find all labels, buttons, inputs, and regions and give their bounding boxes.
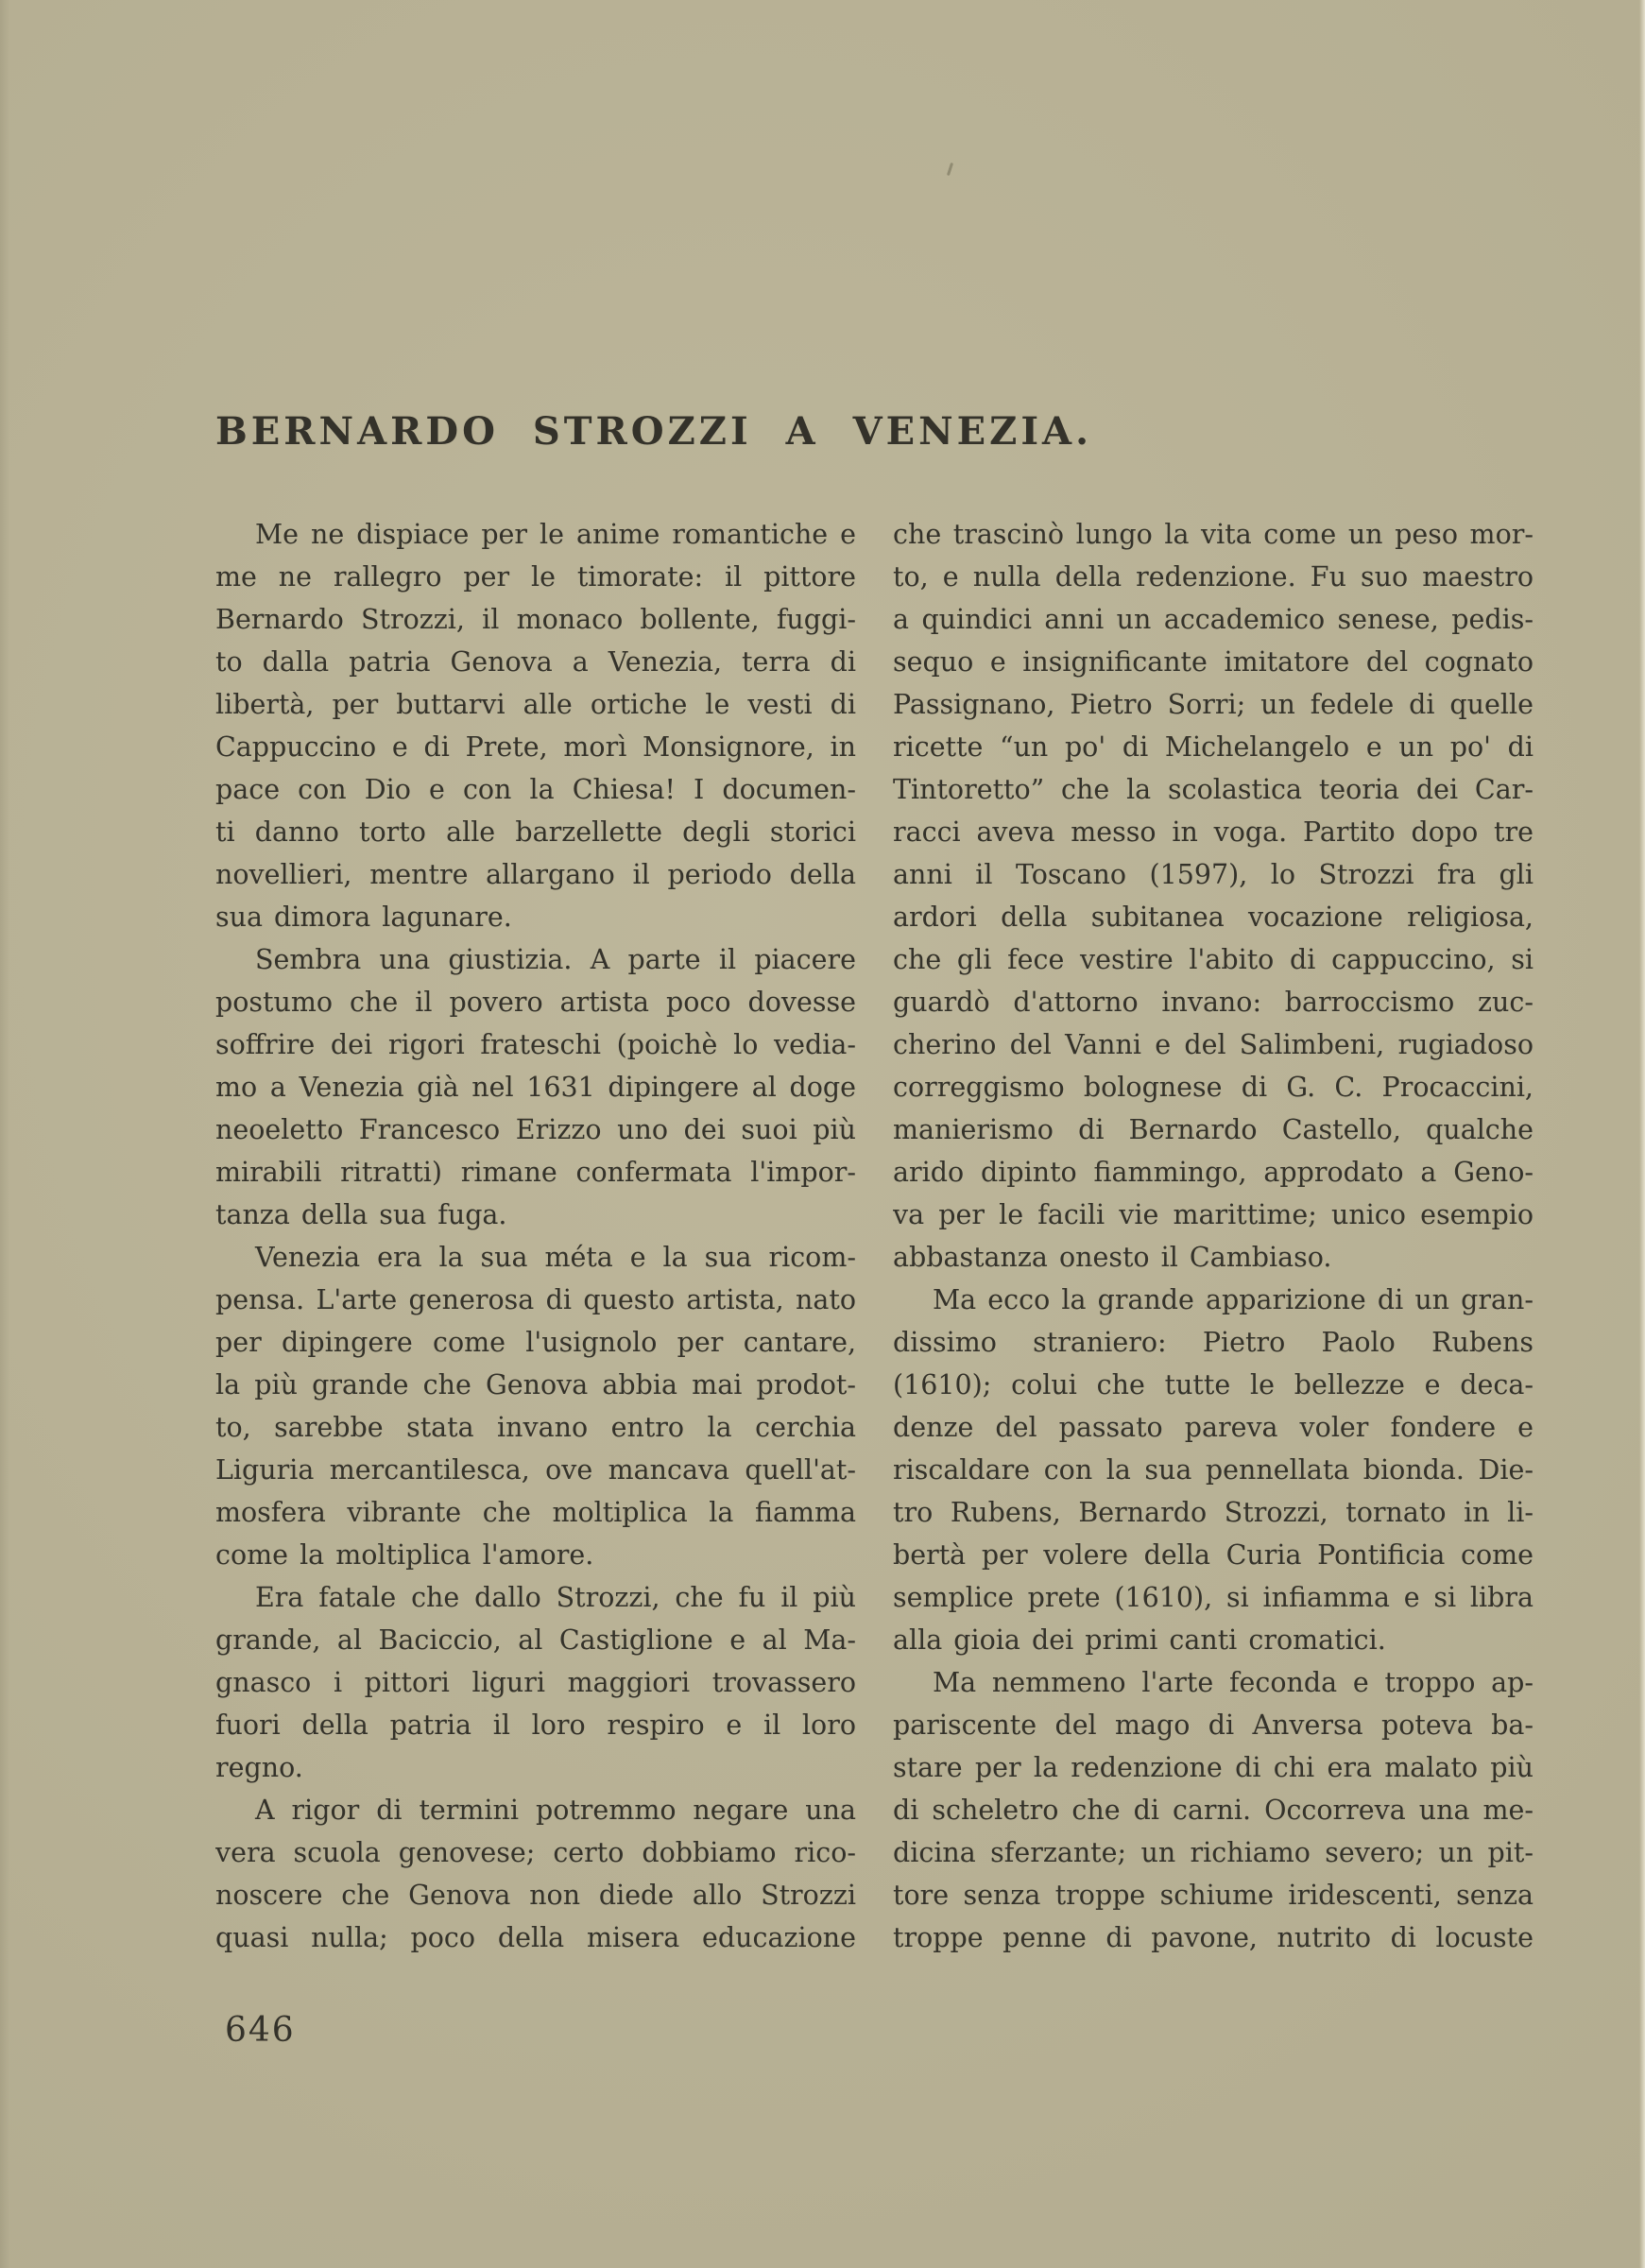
page-title: BERNARDO STROZZI A VENEZIA. bbox=[215, 409, 1092, 454]
text-line: vera scuola genovese; certo dobbiamo ric… bbox=[215, 1831, 856, 1874]
text-line: to, sarebbe stata invano entro la cerchi… bbox=[215, 1406, 856, 1449]
text-line: quasi nulla; poco della misera educazion… bbox=[215, 1916, 856, 1959]
text-line: Era fatale che dallo Strozzi, che fu il … bbox=[215, 1576, 856, 1619]
text-line: gnasco i pittori liguri maggiori trovass… bbox=[215, 1661, 856, 1704]
paragraph: Me ne dispiace per le anime romantiche e… bbox=[215, 513, 856, 938]
text-line: ti danno torto alle barzellette degli st… bbox=[215, 811, 856, 853]
text-line: Me ne dispiace per le anime romantiche e bbox=[215, 513, 856, 556]
paragraph: Sembra una giustizia. A parte il piacere… bbox=[215, 938, 856, 1236]
text-line: grande, al Baciccio, al Castiglione e al… bbox=[215, 1619, 856, 1661]
text-line: di scheletro che di carni. Occorreva una… bbox=[893, 1789, 1534, 1831]
text-line: stare per la redenzione di chi era malat… bbox=[893, 1746, 1534, 1789]
text-line: riscaldare con la sua pennellata bionda.… bbox=[893, 1449, 1534, 1491]
text-line: (1610); colui che tutte le bellezze e de… bbox=[893, 1364, 1534, 1406]
text-line: Liguria mercantilesca, ove mancava quell… bbox=[215, 1449, 856, 1491]
text-line: me ne rallegro per le timorate: il pitto… bbox=[215, 556, 856, 598]
text-line: arido dipinto fiammingo, approdato a Gen… bbox=[893, 1151, 1534, 1194]
text-line: regno. bbox=[215, 1746, 856, 1789]
page-number: 646 bbox=[225, 2011, 296, 2050]
text-line: tro Rubens, Bernardo Strozzi, tornato in… bbox=[893, 1491, 1534, 1534]
text-line: cherino del Vanni e del Salimbeni, rugia… bbox=[893, 1023, 1534, 1066]
text-line: mo a Venezia già nel 1631 dipingere al d… bbox=[215, 1066, 856, 1108]
text-line: tanza della sua fuga. bbox=[215, 1194, 856, 1236]
text-line: Cappuccino e di Prete, morì Monsignore, … bbox=[215, 726, 856, 768]
text-line: sequo e insignificante imitatore del cog… bbox=[893, 641, 1534, 683]
text-line: tore senza troppe schiume iridescenti, s… bbox=[893, 1874, 1534, 1916]
text-line: che trascinò lungo la vita come un peso … bbox=[893, 513, 1534, 556]
text-line: denze del passato pareva voler fondere e bbox=[893, 1406, 1534, 1449]
page-edge-shadow-left bbox=[0, 0, 9, 2268]
text-line: Tintoretto” che la scolastica teoria dei… bbox=[893, 768, 1534, 811]
text-line: Ma nemmeno l'arte feconda e troppo ap- bbox=[893, 1661, 1534, 1704]
text-line: Sembra una giustizia. A parte il piacere bbox=[215, 938, 856, 981]
text-line: racci aveva messo in voga. Partito dopo … bbox=[893, 811, 1534, 853]
text-line: manierismo di Bernardo Castello, qualche bbox=[893, 1108, 1534, 1151]
text-line: ricette “un po' di Michelangelo e un po'… bbox=[893, 726, 1534, 768]
paragraph: Ma nemmeno l'arte feconda e troppo ap-pa… bbox=[893, 1661, 1534, 1959]
text-line: come la moltiplica l'amore. bbox=[215, 1534, 856, 1576]
text-line: semplice prete (1610), si infiamma e si … bbox=[893, 1576, 1534, 1619]
text-line: mosfera vibrante che moltiplica la fiamm… bbox=[215, 1491, 856, 1534]
text-column-left: Me ne dispiace per le anime romantiche e… bbox=[215, 513, 856, 1959]
paragraph: Ma ecco la grande apparizione di un gran… bbox=[893, 1279, 1534, 1661]
text-line: to dalla patria Genova a Venezia, terra … bbox=[215, 641, 856, 683]
text-line: troppe penne di pavone, nutrito di locus… bbox=[893, 1916, 1534, 1959]
text-line: mirabili ritratti) rimane confermata l'i… bbox=[215, 1151, 856, 1194]
text-line: dicina sferzante; un richiamo severo; un… bbox=[893, 1831, 1534, 1874]
text-line: libertà, per buttarvi alle ortiche le ve… bbox=[215, 683, 856, 726]
paragraph: Venezia era la sua méta e la sua ricom-p… bbox=[215, 1236, 856, 1576]
text-line: che gli fece vestire l'abito di cappucci… bbox=[893, 938, 1534, 981]
text-line: sua dimora lagunare. bbox=[215, 896, 856, 938]
text-line: neoeletto Francesco Erizzo uno dei suoi … bbox=[215, 1108, 856, 1151]
text-line: alla gioia dei primi canti cromatici. bbox=[893, 1619, 1534, 1661]
text-line: Passignano, Pietro Sorri; un fedele di q… bbox=[893, 683, 1534, 726]
text-column-right: che trascinò lungo la vita come un peso … bbox=[893, 513, 1534, 1959]
text-line: pariscente del mago di Anversa poteva ba… bbox=[893, 1704, 1534, 1746]
paragraph: A rigor di termini potremmo negare unave… bbox=[215, 1789, 856, 1959]
text-line: pace con Dio e con la Chiesa! I documen- bbox=[215, 768, 856, 811]
text-line: anni il Toscano (1597), lo Strozzi fra g… bbox=[893, 853, 1534, 896]
text-line: guardò d'attorno invano: barroccismo zuc… bbox=[893, 981, 1534, 1023]
text-line: bertà per volere della Curia Pontificia … bbox=[893, 1534, 1534, 1576]
text-line: to, e nulla della redenzione. Fu suo mae… bbox=[893, 556, 1534, 598]
text-line: soffrire dei rigori frateschi (poichè lo… bbox=[215, 1023, 856, 1066]
text-line: pensa. L'arte generosa di questo artista… bbox=[215, 1279, 856, 1321]
paragraph: che trascinò lungo la vita come un peso … bbox=[893, 513, 1534, 1279]
text-line: Venezia era la sua méta e la sua ricom- bbox=[215, 1236, 856, 1279]
text-line: ardori della subitanea vocazione religio… bbox=[893, 896, 1534, 938]
text-line: abbastanza onesto il Cambiaso. bbox=[893, 1236, 1534, 1279]
text-line: dissimo straniero: Pietro Paolo Rubens bbox=[893, 1321, 1534, 1364]
text-line: A rigor di termini potremmo negare una bbox=[215, 1789, 856, 1831]
scan-speck bbox=[947, 163, 953, 176]
text-line: Ma ecco la grande apparizione di un gran… bbox=[893, 1279, 1534, 1321]
page-edge-highlight-right bbox=[1639, 0, 1645, 2268]
book-page: BERNARDO STROZZI A VENEZIA. Me ne dispia… bbox=[0, 0, 1645, 2268]
text-line: postumo che il povero artista poco doves… bbox=[215, 981, 856, 1023]
text-line: fuori della patria il loro respiro e il … bbox=[215, 1704, 856, 1746]
text-line: correggismo bolognese di G. C. Procaccin… bbox=[893, 1066, 1534, 1108]
text-line: la più grande che Genova abbia mai prodo… bbox=[215, 1364, 856, 1406]
text-line: Bernardo Strozzi, il monaco bollente, fu… bbox=[215, 598, 856, 641]
paragraph: Era fatale che dallo Strozzi, che fu il … bbox=[215, 1576, 856, 1789]
text-line: per dipingere come l'usignolo per cantar… bbox=[215, 1321, 856, 1364]
text-line: noscere che Genova non diede allo Strozz… bbox=[215, 1874, 856, 1916]
text-line: novellieri, mentre allargano il periodo … bbox=[215, 853, 856, 896]
text-line: a quindici anni un accademico senese, pe… bbox=[893, 598, 1534, 641]
text-line: va per le facili vie marittime; unico es… bbox=[893, 1194, 1534, 1236]
